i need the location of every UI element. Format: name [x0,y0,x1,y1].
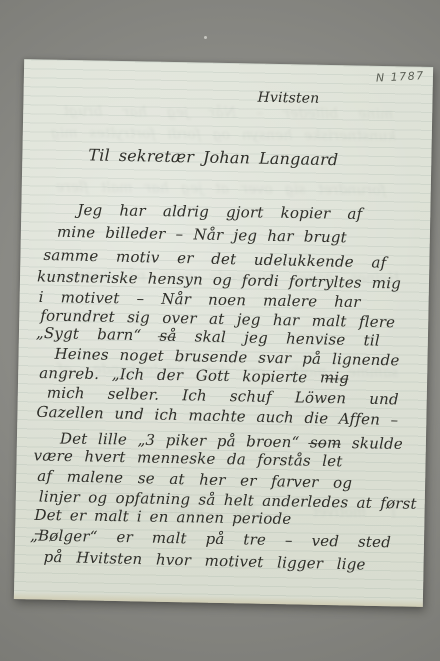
salutation-line: Til sekretær Johan Langaard [88,146,338,169]
dust-speck [204,36,207,39]
verso-showthrough-text: kunstneriske hensyn og fordi fortryltes … [51,125,396,145]
handwriting-line: „Bølger“ er malt på tre – ved sted [30,526,391,551]
handwriting-line: på Hvitsten hvor motivet ligger lige [43,548,365,574]
place-heading: Hvitsten [257,89,319,108]
photograph-background: N 1787 Hvitsten Til sekretær Johan Langa… [0,0,440,661]
letter-page: N 1787 Hvitsten Til sekretær Johan Langa… [14,59,433,607]
handwriting-line: Jeg har aldrig gjort kopier af [77,201,362,223]
verso-showthrough-layer: mine billeder – Når jeg har brugtkunstne… [24,59,433,67]
verso-showthrough-text: forundret sig over at jeg har malt flere [56,179,386,198]
archive-catalog-number: N 1787 [376,69,425,84]
letter-body: Jeg har aldrig gjort kopier afmine bille… [24,59,433,67]
verso-showthrough-text: mine billeder – Når jeg har brugt [63,103,393,122]
handwriting-line: mine billeder – Når jeg har brugt [57,223,347,247]
